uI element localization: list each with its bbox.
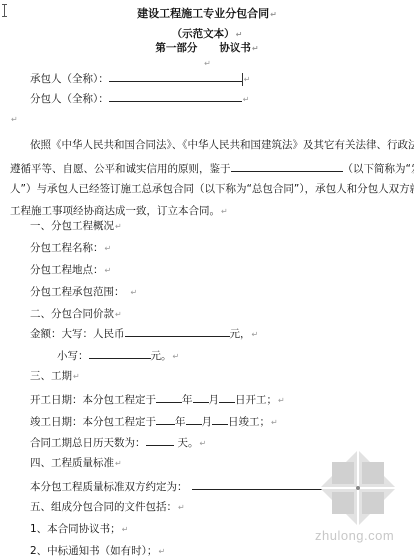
subcontractor-field[interactable]: 分包人（全称）：↵: [30, 90, 249, 107]
project-scope-field[interactable]: 分包工程承包范围：↵: [30, 285, 137, 300]
end-date-field[interactable]: 竣工日期：本分包工程定于年月日竣工；↵: [30, 413, 278, 430]
section2-heading: 二、分包合同价款↵: [30, 307, 122, 322]
document-title: 建设工程施工专业分包合同↵: [0, 7, 414, 22]
empty-paragraph: ↵: [10, 112, 18, 127]
end-month-blank[interactable]: [186, 413, 202, 425]
section4-heading: 四、工程质量标准↵: [30, 456, 122, 471]
total-days-field[interactable]: 合同工期总日历天数为：天。↵: [30, 434, 206, 451]
project-location-field[interactable]: 分包工程地点：↵: [30, 263, 111, 278]
start-year-blank[interactable]: [156, 391, 182, 403]
start-month-blank[interactable]: [193, 391, 209, 403]
intro-line-4: 工程施工事项经协商达成一致，订立本合同。↵: [10, 204, 228, 219]
empty-paragraph: ↵: [0, 56, 414, 71]
subcontractor-name-blank[interactable]: [109, 90, 242, 102]
section5-heading: 五、组成分包合同的文件包括：↵: [30, 500, 185, 515]
document-list-item: 1、本合同协议书；↵: [30, 522, 128, 537]
amount-lowercase-blank[interactable]: [89, 347, 151, 359]
section1-heading: 一、分包工程概况↵: [30, 219, 122, 234]
end-day-blank[interactable]: [212, 413, 228, 425]
amount-uppercase-field[interactable]: 金额：大写：人民币元，↵: [30, 325, 258, 342]
end-year-blank[interactable]: [156, 413, 175, 425]
intro-line-3: 人”）与承包人已经签订施工总承包合同（以下称为“总包合同”），承包人和分包人双方…: [10, 182, 414, 196]
amount-lowercase-field[interactable]: 小写：元。↵: [57, 347, 179, 364]
project-name-field[interactable]: 分包工程名称：↵: [30, 241, 111, 256]
total-days-blank[interactable]: [146, 434, 174, 446]
contractor-field[interactable]: 承包人（全称）：↵: [30, 70, 250, 87]
contractor-name-blank[interactable]: [109, 70, 242, 82]
section3-heading: 三、工期↵: [30, 369, 80, 384]
amount-uppercase-blank[interactable]: [125, 325, 230, 337]
document-list-item: 2、中标通知书（如有时）；↵: [30, 544, 165, 559]
start-date-field[interactable]: 开工日期：本分包工程定于年月日开工；↵: [30, 391, 285, 408]
part-heading: 第一部分协议书↵: [0, 41, 414, 56]
employer-name-blank[interactable]: [231, 160, 343, 172]
start-day-blank[interactable]: [219, 391, 235, 403]
intro-line-1: 依照《中华人民共和国合同法》、《中华人民共和国建筑法》及其它有关法律、行政法规，: [30, 138, 414, 152]
watermark-text: zhulong.com: [315, 528, 394, 543]
intro-line-2: 遵循平等、自愿、公平和诚实信用的原则，鉴于（以下简称为“发包: [10, 160, 414, 176]
document-subtitle: （示范文本）↵: [0, 27, 414, 42]
zhulong-logo-icon: [318, 448, 398, 528]
